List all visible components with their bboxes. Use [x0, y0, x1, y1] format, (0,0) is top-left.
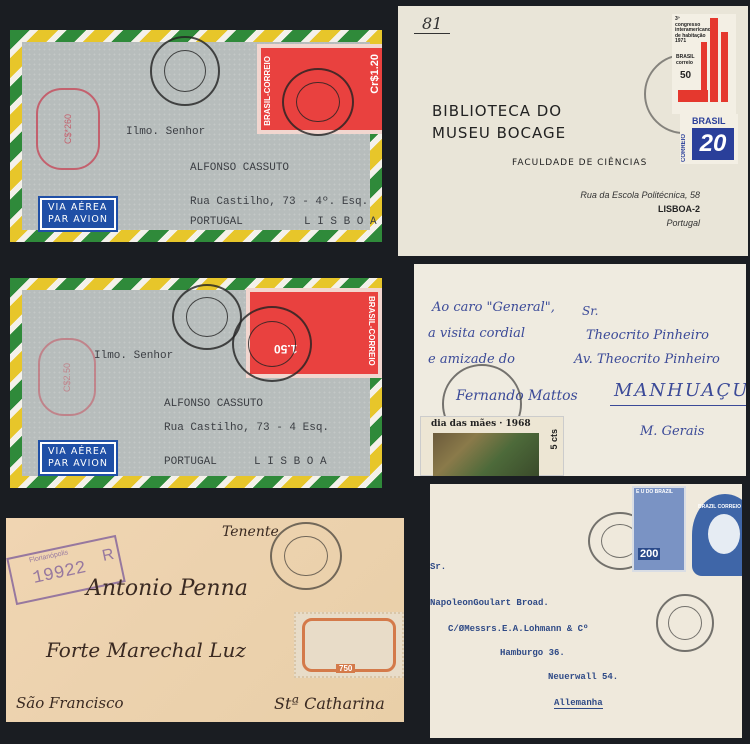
care-of: C/ØMessrs.E.A.Lohmann & Cº	[448, 624, 588, 634]
postmark	[150, 36, 220, 106]
stamp-blue-200: E U DO BRAZIL 200	[632, 486, 686, 572]
addressee: NapoleonGoulart Broad.	[430, 598, 549, 608]
stamp-value: 750	[336, 664, 355, 673]
addressee: ALFONSO CASSUTO	[164, 398, 263, 410]
country: Allemanha	[554, 698, 603, 709]
address-state: M. Gerais	[640, 424, 704, 439]
cover-handwritten-card[interactable]: Ao caro "General", a visita cordial e am…	[414, 264, 746, 476]
notation: Tenente	[222, 524, 279, 540]
stamp-brasil-20: BRASIL CORREIO 20	[680, 114, 738, 164]
street-2: Neuerwall 54.	[548, 672, 618, 682]
cover-postal-stationery[interactable]: E U DO BRAZIL 200 BRAZIL CORREIO Sr. Nap…	[430, 484, 742, 738]
address-line: Sr.	[582, 304, 598, 318]
city: LISBOA-2	[658, 204, 700, 214]
handwritten-number: 81	[414, 14, 450, 34]
stamp-value: 20	[692, 128, 734, 160]
city: L I S B O A	[254, 456, 327, 468]
stamp-value: 5 cts	[549, 429, 559, 450]
label-line-1: VIA AÉREA	[48, 446, 108, 458]
meter-mark: C$2.50	[38, 338, 96, 416]
stamp-country: BRASIL-CORREIO	[367, 296, 376, 366]
address-city: MANHUAÇU	[610, 380, 746, 406]
title-line-2: MUSEU BOCAGE	[432, 124, 566, 142]
bar-graphic	[710, 18, 718, 102]
country: Portugal	[666, 218, 700, 228]
portrait	[708, 514, 740, 554]
country: PORTUGAL	[164, 456, 217, 468]
stamp-country: E U DO BRAZIL	[636, 489, 673, 495]
street: Rua da Escola Politécnica, 58	[580, 190, 700, 200]
address-line: Theocrito Pinheiro	[586, 328, 709, 343]
salutation: Ilmo. Senhor	[126, 126, 205, 138]
stamp-value: 50	[680, 70, 691, 81]
meter-value: C$2.50	[62, 362, 72, 391]
addressee: ALFONSO CASSUTO	[190, 162, 289, 174]
label-line-2: PAR AVION	[48, 214, 108, 226]
stamp-side: CORREIO	[681, 134, 687, 162]
street: Rua Castilho, 73 - 4 Esq.	[164, 422, 329, 434]
cover-airmail-1[interactable]: C$*260 BRASIL-CORREIO Cr$1.20 Ilmo. Senh…	[10, 30, 382, 242]
salutation: Ilmo. Senhor	[94, 350, 173, 362]
postmark-on-stamp	[282, 68, 354, 136]
label-line-2: PAR AVION	[48, 458, 108, 470]
meter-value: C$*260	[63, 114, 73, 144]
stamp-country: BRASIL correio	[676, 54, 698, 66]
postmark-exp-maritima	[656, 594, 714, 652]
cover-registered[interactable]: Florianópolis 19922 R Tenente Antonio Pe…	[6, 518, 404, 722]
address-line: Av. Theocrito Pinheiro	[574, 352, 720, 367]
title-line-1: BIBLIOTECA DO	[432, 102, 562, 120]
location: Forte Marechal Luz	[46, 638, 246, 662]
stamp-habitacao: 3ºcongressointeramericanode habitação197…	[672, 14, 736, 114]
city: L I S B O A	[304, 216, 377, 228]
stamp-country: BRASIL	[692, 116, 726, 126]
note-line: a visita cordial	[428, 326, 525, 341]
addressee: Antonio Penna	[86, 576, 248, 601]
left-footer: São Francisco	[16, 694, 124, 712]
note-line: Ao caro "General",	[432, 300, 555, 315]
airmail-label: VIA AÉREA PAR AVION	[40, 198, 116, 230]
dept: FACULDADE DE CIÊNCIAS	[512, 158, 647, 168]
indicium-text: BRAZIL CORREIO	[698, 504, 741, 510]
airmail-label: VIA AÉREA PAR AVION	[40, 442, 116, 474]
stamp-text: 3ºcongressointeramericanode habitação197…	[675, 17, 711, 45]
street: Rua Castilho, 73 - 4º. Esq.	[190, 196, 368, 208]
postmark-on-stamp	[232, 306, 312, 382]
stamp-value: 200	[638, 548, 660, 560]
stamp-title: dia das mães · 1968	[431, 419, 531, 429]
registration-letter: R	[101, 546, 116, 566]
registration-number: 19922	[31, 558, 88, 589]
label-line-1: VIA AÉREA	[48, 202, 108, 214]
stamp-value: Cr$1.20	[369, 54, 381, 94]
salutation: Sr.	[430, 562, 446, 572]
stamp-painting	[433, 433, 539, 476]
stamp-country: BRASIL-CORREIO	[263, 56, 272, 126]
cover-airmail-2[interactable]: C$2.50 BRASIL-CORREIO 1.50 Ilmo. Senhor …	[10, 278, 382, 488]
meter-mark: C$*260	[36, 88, 100, 170]
postmark	[270, 522, 342, 590]
street: Hamburgo 36.	[500, 648, 565, 658]
stamp-dia-das-maes: dia das mães · 1968 5 cts	[420, 416, 564, 476]
indicium: BRAZIL CORREIO	[692, 494, 742, 576]
country: PORTUGAL	[190, 216, 243, 228]
stamp-orange: 750	[294, 612, 404, 678]
right-footer: Stª Catharina	[274, 694, 385, 713]
cover-museu-bocage[interactable]: 81 BIBLIOTECA DO MUSEU BOCAGE FACULDADE …	[398, 6, 748, 256]
